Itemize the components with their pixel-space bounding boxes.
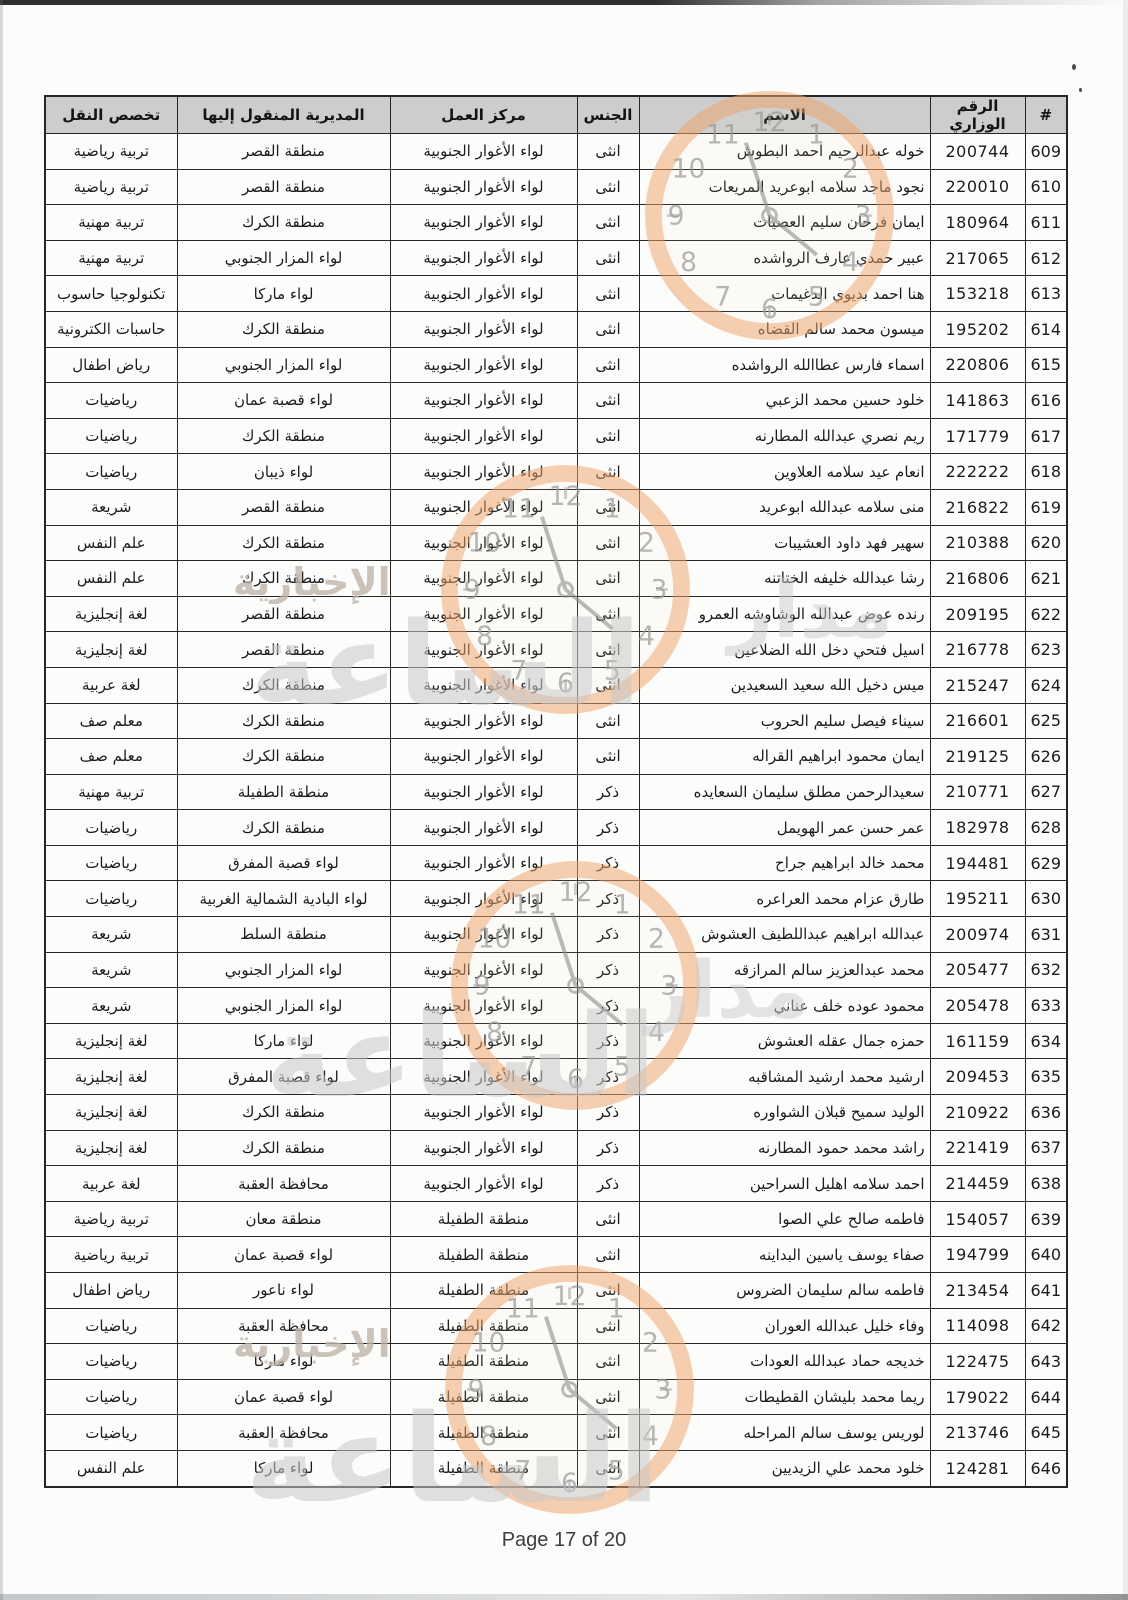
cell-work-center: لواء الأغوار الجنوبية xyxy=(390,1095,577,1131)
cell-ministry-number: 182978 xyxy=(930,810,1025,846)
table-row: 614 195202 ميسون محمد سالم القضاه انثى ل… xyxy=(45,311,1067,347)
cell-specialty: لغة إنجليزية xyxy=(45,596,177,632)
cell-work-center: لواء الأغوار الجنوبية xyxy=(390,489,577,525)
cell-gender: انثى xyxy=(577,1379,639,1415)
cell-index: 611 xyxy=(1025,205,1067,241)
cell-specialty: شريعة xyxy=(45,988,177,1024)
table-row: 624 215247 ميس دخيل الله سعيد السعيدين ا… xyxy=(45,667,1067,703)
cell-work-center: لواء الأغوار الجنوبية xyxy=(390,1023,577,1059)
cell-gender: انثى xyxy=(577,205,639,241)
cell-directorate: لواء المزار الجنوبي xyxy=(177,240,390,276)
cell-work-center: منطقة الطفيلة xyxy=(390,1450,577,1486)
cell-gender: انثى xyxy=(577,1450,639,1486)
table-row: 629 194481 محمد خالد ابراهيم جراح ذكر لو… xyxy=(45,845,1067,881)
cell-ministry-number: 216601 xyxy=(930,703,1025,739)
cell-index: 627 xyxy=(1025,774,1067,810)
cell-work-center: لواء الأغوار الجنوبية xyxy=(390,810,577,846)
cell-ministry-number: 194799 xyxy=(930,1237,1025,1273)
cell-directorate: لواء قصبة عمان xyxy=(177,1379,390,1415)
cell-gender: انثى xyxy=(577,1273,639,1309)
cell-directorate: منطقة السلط xyxy=(177,917,390,953)
col-header-gender: الجنس xyxy=(577,96,639,134)
table-row: 642 114098 وفاء خليل عبدالله العوران انث… xyxy=(45,1308,1067,1344)
col-header-name: الاسم xyxy=(639,96,930,134)
cell-index: 639 xyxy=(1025,1201,1067,1237)
cell-directorate: منطقة القصر xyxy=(177,632,390,668)
cell-directorate: لواء ماركا xyxy=(177,276,390,312)
col-header-work-center: مركز العمل xyxy=(390,96,577,134)
cell-index: 619 xyxy=(1025,489,1067,525)
table-row: 645 213746 لوريس يوسف سالم المراحله انثى… xyxy=(45,1415,1067,1451)
table-row: 633 205478 محمود عوده خلف عناني ذكر لواء… xyxy=(45,988,1067,1024)
cell-index: 637 xyxy=(1025,1130,1067,1166)
cell-directorate: منطقة الكرك xyxy=(177,703,390,739)
cell-specialty: رياضيات xyxy=(45,383,177,419)
cell-specialty: لغة إنجليزية xyxy=(45,632,177,668)
cell-gender: انثى xyxy=(577,311,639,347)
cell-ministry-number: 194481 xyxy=(930,845,1025,881)
cell-index: 635 xyxy=(1025,1059,1067,1095)
cell-work-center: لواء الأغوار الجنوبية xyxy=(390,205,577,241)
cell-directorate: منطقة معان xyxy=(177,1201,390,1237)
cell-gender: انثى xyxy=(577,525,639,561)
cell-gender: انثى xyxy=(577,454,639,490)
cell-index: 646 xyxy=(1025,1450,1067,1486)
cell-name: اسماء فارس عطاالله الرواشده xyxy=(639,347,930,383)
cell-ministry-number: 215247 xyxy=(930,667,1025,703)
table-row: 622 209195 رنده عوض عبدالله الوشاوشه الع… xyxy=(45,596,1067,632)
cell-index: 614 xyxy=(1025,311,1067,347)
cell-work-center: منطقة الطفيلة xyxy=(390,1237,577,1273)
cell-gender: انثى xyxy=(577,739,639,775)
cell-index: 609 xyxy=(1025,134,1067,170)
cell-specialty: علم النفس xyxy=(45,525,177,561)
cell-directorate: لواء ماركا xyxy=(177,1450,390,1486)
cell-directorate: منطقة الكرك xyxy=(177,1095,390,1131)
table-row: 626 219125 ايمان محمود ابراهيم القراله ا… xyxy=(45,739,1067,775)
cell-work-center: لواء الأغوار الجنوبية xyxy=(390,311,577,347)
cell-gender: انثى xyxy=(577,632,639,668)
cell-specialty: رياضيات xyxy=(45,1344,177,1380)
scan-edge-artifact-left xyxy=(0,0,3,1600)
cell-name: سيناء فيصل سليم الحروب xyxy=(639,703,930,739)
scan-edge-artifact-right xyxy=(1123,0,1128,1600)
cell-name: ايمان محمود ابراهيم القراله xyxy=(639,739,930,775)
cell-gender: انثى xyxy=(577,347,639,383)
cell-ministry-number: 161159 xyxy=(930,1023,1025,1059)
cell-work-center: منطقة الطفيلة xyxy=(390,1201,577,1237)
cell-ministry-number: 122475 xyxy=(930,1344,1025,1380)
table-row: 612 217065 عبير حمدي عارف الرواشده انثى … xyxy=(45,240,1067,276)
cell-index: 620 xyxy=(1025,525,1067,561)
cell-gender: انثى xyxy=(577,489,639,525)
page-number-footer: Page 17 of 20 xyxy=(0,1529,1128,1552)
cell-directorate: محافظة العقبة xyxy=(177,1166,390,1202)
cell-work-center: لواء الأغوار الجنوبية xyxy=(390,881,577,917)
cell-name: ميس دخيل الله سعيد السعيدين xyxy=(639,667,930,703)
cell-name: خديجه حماد عبدالله العودات xyxy=(639,1344,930,1380)
cell-gender: انثى xyxy=(577,169,639,205)
cell-index: 633 xyxy=(1025,988,1067,1024)
table-row: 615 220806 اسماء فارس عطاالله الرواشده ا… xyxy=(45,347,1067,383)
cell-directorate: لواء المزار الجنوبي xyxy=(177,347,390,383)
table-header-row: # الرقم الوزاري الاسم الجنس مركز العمل ا… xyxy=(45,96,1067,134)
cell-index: 623 xyxy=(1025,632,1067,668)
cell-directorate: منطقة الكرك xyxy=(177,311,390,347)
cell-name: فاطمه صالح علي الصوا xyxy=(639,1201,930,1237)
cell-specialty: لغة إنجليزية xyxy=(45,1023,177,1059)
cell-ministry-number: 171779 xyxy=(930,418,1025,454)
table-row: 621 216806 رشا عبدالله خليفه الختاتنه ان… xyxy=(45,561,1067,597)
cell-ministry-number: 216806 xyxy=(930,561,1025,597)
cell-specialty: رياضيات xyxy=(45,1379,177,1415)
cell-work-center: لواء الأغوار الجنوبية xyxy=(390,134,577,170)
cell-specialty: تربية مهنية xyxy=(45,774,177,810)
cell-directorate: منطقة الكرك xyxy=(177,205,390,241)
cell-index: 634 xyxy=(1025,1023,1067,1059)
cell-gender: ذكر xyxy=(577,1130,639,1166)
cell-work-center: لواء الأغوار الجنوبية xyxy=(390,276,577,312)
cell-name: ريما محمد بليشان القطيطات xyxy=(639,1379,930,1415)
cell-ministry-number: 210771 xyxy=(930,774,1025,810)
cell-gender: ذكر xyxy=(577,1095,639,1131)
cell-name: راشد محمد حمود المطارنه xyxy=(639,1130,930,1166)
cell-gender: ذكر xyxy=(577,1023,639,1059)
table-row: 639 154057 فاطمه صالح علي الصوا انثى منط… xyxy=(45,1201,1067,1237)
cell-name: عبدالله ابراهيم عبداللطيف العشوش xyxy=(639,917,930,953)
cell-gender: انثى xyxy=(577,561,639,597)
cell-ministry-number: 124281 xyxy=(930,1450,1025,1486)
table-row: 631 200974 عبدالله ابراهيم عبداللطيف الع… xyxy=(45,917,1067,953)
cell-work-center: لواء الأغوار الجنوبية xyxy=(390,418,577,454)
cell-gender: انثى xyxy=(577,1415,639,1451)
cell-specialty: معلم صف xyxy=(45,703,177,739)
cell-name: عبير حمدي عارف الرواشده xyxy=(639,240,930,276)
cell-work-center: لواء الأغوار الجنوبية xyxy=(390,739,577,775)
cell-directorate: منطقة القصر xyxy=(177,169,390,205)
cell-work-center: لواء الأغوار الجنوبية xyxy=(390,703,577,739)
cell-directorate: منطقة الكرك xyxy=(177,810,390,846)
table-row: 634 161159 حمزه جمال عقله العشوش ذكر لوا… xyxy=(45,1023,1067,1059)
cell-name: محمد خالد ابراهيم جراح xyxy=(639,845,930,881)
cell-gender: ذكر xyxy=(577,988,639,1024)
cell-ministry-number: 180964 xyxy=(930,205,1025,241)
cell-gender: ذكر xyxy=(577,1166,639,1202)
table-row: 616 141863 خلود حسين محمد الزعبي انثى لو… xyxy=(45,383,1067,419)
cell-work-center: لواء الأغوار الجنوبية xyxy=(390,988,577,1024)
table-row: 613 153218 هنا احمد بديوي الدغيمات انثى … xyxy=(45,276,1067,312)
cell-specialty: تربية رياضية xyxy=(45,1201,177,1237)
cell-specialty: رياضيات xyxy=(45,810,177,846)
cell-index: 617 xyxy=(1025,418,1067,454)
cell-work-center: لواء الأغوار الجنوبية xyxy=(390,169,577,205)
cell-index: 624 xyxy=(1025,667,1067,703)
cell-index: 622 xyxy=(1025,596,1067,632)
cell-work-center: لواء الأغوار الجنوبية xyxy=(390,347,577,383)
cell-name: محمود عوده خلف عناني xyxy=(639,988,930,1024)
cell-index: 612 xyxy=(1025,240,1067,276)
cell-ministry-number: 220010 xyxy=(930,169,1025,205)
cell-specialty: شريعة xyxy=(45,489,177,525)
cell-work-center: لواء الأغوار الجنوبية xyxy=(390,383,577,419)
cell-name: ريم نصري عبدالله المطارنه xyxy=(639,418,930,454)
cell-gender: ذكر xyxy=(577,774,639,810)
cell-specialty: رياضيات xyxy=(45,418,177,454)
cell-ministry-number: 200744 xyxy=(930,134,1025,170)
cell-specialty: رياض اطفال xyxy=(45,1273,177,1309)
cell-ministry-number: 205477 xyxy=(930,952,1025,988)
cell-index: 631 xyxy=(1025,917,1067,953)
cell-directorate: لواء ناعور xyxy=(177,1273,390,1309)
cell-ministry-number: 216778 xyxy=(930,632,1025,668)
cell-name: الوليد سميح قبلان الشواوره xyxy=(639,1095,930,1131)
cell-name: انعام عيد سلامه العلاوين xyxy=(639,454,930,490)
cell-ministry-number: 210388 xyxy=(930,525,1025,561)
cell-specialty: لغة عربية xyxy=(45,1166,177,1202)
table-row: 640 194799 صفاء يوسف ياسين البداينه انثى… xyxy=(45,1237,1067,1273)
cell-directorate: منطقة الكرك xyxy=(177,525,390,561)
cell-specialty: علم النفس xyxy=(45,561,177,597)
cell-directorate: محافظة العقبة xyxy=(177,1415,390,1451)
cell-directorate: منطقة الكرك xyxy=(177,739,390,775)
cell-name: محمد عبدالعزيز سالم المرازقه xyxy=(639,952,930,988)
cell-gender: انثى xyxy=(577,383,639,419)
cell-specialty: رياضيات xyxy=(45,881,177,917)
cell-gender: ذكر xyxy=(577,845,639,881)
cell-gender: ذكر xyxy=(577,1059,639,1095)
cell-work-center: لواء الأغوار الجنوبية xyxy=(390,952,577,988)
cell-name: احمد سلامه اهليل السراحين xyxy=(639,1166,930,1202)
cell-index: 643 xyxy=(1025,1344,1067,1380)
cell-ministry-number: 221419 xyxy=(930,1130,1025,1166)
cell-ministry-number: 141863 xyxy=(930,383,1025,419)
cell-ministry-number: 214459 xyxy=(930,1166,1025,1202)
table-row: 646 124281 خلود محمد علي الزيديين انثى م… xyxy=(45,1450,1067,1486)
cell-index: 616 xyxy=(1025,383,1067,419)
cell-gender: انثى xyxy=(577,1344,639,1380)
cell-ministry-number: 195211 xyxy=(930,881,1025,917)
cell-ministry-number: 222222 xyxy=(930,454,1025,490)
cell-name: خوله عبدالرحيم احمد البطوش xyxy=(639,134,930,170)
cell-name: لوريس يوسف سالم المراحله xyxy=(639,1415,930,1451)
cell-specialty: رياض اطفال xyxy=(45,347,177,383)
cell-index: 644 xyxy=(1025,1379,1067,1415)
cell-work-center: لواء الأغوار الجنوبية xyxy=(390,454,577,490)
table-row: 644 179022 ريما محمد بليشان القطيطات انث… xyxy=(45,1379,1067,1415)
cell-gender: انثى xyxy=(577,1308,639,1344)
scan-speck xyxy=(1079,88,1082,92)
cell-gender: انثى xyxy=(577,596,639,632)
cell-index: 615 xyxy=(1025,347,1067,383)
cell-gender: ذكر xyxy=(577,917,639,953)
cell-index: 640 xyxy=(1025,1237,1067,1273)
cell-index: 632 xyxy=(1025,952,1067,988)
cell-specialty: لغة إنجليزية xyxy=(45,1095,177,1131)
cell-specialty: تربية رياضية xyxy=(45,169,177,205)
cell-directorate: لواء قصبة المفرق xyxy=(177,845,390,881)
cell-index: 645 xyxy=(1025,1415,1067,1451)
cell-specialty: رياضيات xyxy=(45,845,177,881)
cell-index: 618 xyxy=(1025,454,1067,490)
cell-ministry-number: 213454 xyxy=(930,1273,1025,1309)
scan-speck xyxy=(1072,64,1076,70)
cell-work-center: منطقة الطفيلة xyxy=(390,1379,577,1415)
cell-work-center: لواء الأغوار الجنوبية xyxy=(390,525,577,561)
cell-index: 641 xyxy=(1025,1273,1067,1309)
table-row: 632 205477 محمد عبدالعزيز سالم المرازقه … xyxy=(45,952,1067,988)
table-row: 618 222222 انعام عيد سلامه العلاوين انثى… xyxy=(45,454,1067,490)
cell-work-center: لواء الأغوار الجنوبية xyxy=(390,596,577,632)
cell-work-center: منطقة الطفيلة xyxy=(390,1415,577,1451)
cell-gender: انثى xyxy=(577,703,639,739)
cell-directorate: محافظة العقبة xyxy=(177,1308,390,1344)
cell-ministry-number: 219125 xyxy=(930,739,1025,775)
cell-ministry-number: 114098 xyxy=(930,1308,1025,1344)
cell-gender: ذكر xyxy=(577,810,639,846)
cell-index: 630 xyxy=(1025,881,1067,917)
cell-specialty: تربية رياضية xyxy=(45,134,177,170)
cell-name: حمزه جمال عقله العشوش xyxy=(639,1023,930,1059)
cell-specialty: رياضيات xyxy=(45,1415,177,1451)
cell-name: اسيل فتحي دخل الله الضلاعين xyxy=(639,632,930,668)
table-row: 623 216778 اسيل فتحي دخل الله الضلاعين ا… xyxy=(45,632,1067,668)
cell-directorate: لواء ذيبان xyxy=(177,454,390,490)
cell-specialty: حاسبات الكترونية xyxy=(45,311,177,347)
cell-name: صفاء يوسف ياسين البداينه xyxy=(639,1237,930,1273)
scanned-document-page: # الرقم الوزاري الاسم الجنس مركز العمل ا… xyxy=(0,0,1128,1600)
scan-edge-artifact-top xyxy=(0,0,1128,5)
cell-directorate: لواء قصبة عمان xyxy=(177,383,390,419)
cell-directorate: منطقة الكرك xyxy=(177,561,390,597)
cell-name: نجود ماجد سلامه ابوعريد المريعات xyxy=(639,169,930,205)
cell-work-center: لواء الأغوار الجنوبية xyxy=(390,1059,577,1095)
table-row: 610 220010 نجود ماجد سلامه ابوعريد المري… xyxy=(45,169,1067,205)
cell-name: رنده عوض عبدالله الوشاوشه العمرو xyxy=(639,596,930,632)
cell-name: طارق عزام محمد العراعره xyxy=(639,881,930,917)
table-row: 625 216601 سيناء فيصل سليم الحروب انثى ل… xyxy=(45,703,1067,739)
table-row: 619 216822 منى سلامه عبدالله ابوعريد انث… xyxy=(45,489,1067,525)
cell-work-center: لواء الأغوار الجنوبية xyxy=(390,667,577,703)
cell-name: وفاء خليل عبدالله العوران xyxy=(639,1308,930,1344)
cell-ministry-number: 216822 xyxy=(930,489,1025,525)
cell-ministry-number: 213746 xyxy=(930,1415,1025,1451)
cell-specialty: معلم صف xyxy=(45,739,177,775)
cell-specialty: تربية مهنية xyxy=(45,205,177,241)
table-row: 627 210771 سعيدالرحمن مطلق سليمان السعاي… xyxy=(45,774,1067,810)
cell-gender: انثى xyxy=(577,276,639,312)
cell-directorate: منطقة الطفيلة xyxy=(177,774,390,810)
cell-directorate: منطقة الكرك xyxy=(177,1130,390,1166)
table-row: 620 210388 سهير فهد داود العشيبات انثى ل… xyxy=(45,525,1067,561)
cell-name: فاطمه سالم سليمان الضروس xyxy=(639,1273,930,1309)
table-row: 609 200744 خوله عبدالرحيم احمد البطوش ان… xyxy=(45,134,1067,170)
table-row: 628 182978 عمر حسن عمر الهويمل ذكر لواء … xyxy=(45,810,1067,846)
cell-specialty: تربية مهنية xyxy=(45,240,177,276)
cell-specialty: علم النفس xyxy=(45,1450,177,1486)
cell-ministry-number: 200974 xyxy=(930,917,1025,953)
cell-specialty: شريعة xyxy=(45,952,177,988)
cell-gender: انثى xyxy=(577,667,639,703)
cell-ministry-number: 209195 xyxy=(930,596,1025,632)
cell-name: ميسون محمد سالم القضاه xyxy=(639,311,930,347)
cell-ministry-number: 217065 xyxy=(930,240,1025,276)
cell-work-center: لواء الأغوار الجنوبية xyxy=(390,632,577,668)
cell-ministry-number: 195202 xyxy=(930,311,1025,347)
cell-directorate: لواء قصبة عمان xyxy=(177,1237,390,1273)
cell-gender: انثى xyxy=(577,240,639,276)
cell-directorate: لواء البادية الشمالية الغربية xyxy=(177,881,390,917)
col-header-ministry-number: الرقم الوزاري xyxy=(930,96,1025,134)
cell-directorate: منطقة الكرك xyxy=(177,418,390,454)
table-row: 611 180964 ايمان فرحان سليم العصيات انثى… xyxy=(45,205,1067,241)
table-row: 636 210922 الوليد سميح قبلان الشواوره ذك… xyxy=(45,1095,1067,1131)
cell-gender: انثى xyxy=(577,1237,639,1273)
cell-directorate: منطقة القصر xyxy=(177,596,390,632)
cell-name: خلود محمد علي الزيديين xyxy=(639,1450,930,1486)
cell-name: سعيدالرحمن مطلق سليمان السعايده xyxy=(639,774,930,810)
table-row: 635 209453 ارشيد محمد ارشيد المشاقبه ذكر… xyxy=(45,1059,1067,1095)
cell-name: سهير فهد داود العشيبات xyxy=(639,525,930,561)
cell-index: 621 xyxy=(1025,561,1067,597)
cell-gender: ذكر xyxy=(577,881,639,917)
cell-index: 628 xyxy=(1025,810,1067,846)
table-row: 638 214459 احمد سلامه اهليل السراحين ذكر… xyxy=(45,1166,1067,1202)
cell-index: 626 xyxy=(1025,739,1067,775)
table-row: 637 221419 راشد محمد حمود المطارنه ذكر ل… xyxy=(45,1130,1067,1166)
cell-ministry-number: 153218 xyxy=(930,276,1025,312)
table-row: 641 213454 فاطمه سالم سليمان الضروس انثى… xyxy=(45,1273,1067,1309)
cell-directorate: لواء قصبة المفرق xyxy=(177,1059,390,1095)
cell-index: 642 xyxy=(1025,1308,1067,1344)
col-header-directorate: المديرية المنقول إليها xyxy=(177,96,390,134)
col-header-index: # xyxy=(1025,96,1067,134)
cell-work-center: لواء الأغوار الجنوبية xyxy=(390,240,577,276)
cell-work-center: لواء الأغوار الجنوبية xyxy=(390,774,577,810)
cell-work-center: منطقة الطفيلة xyxy=(390,1308,577,1344)
cell-work-center: لواء الأغوار الجنوبية xyxy=(390,561,577,597)
cell-specialty: لغة عربية xyxy=(45,667,177,703)
cell-work-center: منطقة الطفيلة xyxy=(390,1344,577,1380)
cell-specialty: رياضيات xyxy=(45,1308,177,1344)
cell-directorate: لواء المزار الجنوبي xyxy=(177,988,390,1024)
cell-index: 636 xyxy=(1025,1095,1067,1131)
cell-specialty: رياضيات xyxy=(45,454,177,490)
cell-name: رشا عبدالله خليفه الختاتنه xyxy=(639,561,930,597)
cell-ministry-number: 210922 xyxy=(930,1095,1025,1131)
cell-directorate: منطقة الكرك xyxy=(177,667,390,703)
cell-index: 625 xyxy=(1025,703,1067,739)
cell-specialty: شريعة xyxy=(45,917,177,953)
table-body: 609 200744 خوله عبدالرحيم احمد البطوش ان… xyxy=(45,134,1067,1487)
cell-index: 613 xyxy=(1025,276,1067,312)
cell-ministry-number: 220806 xyxy=(930,347,1025,383)
cell-specialty: تكنولوجيا حاسوب xyxy=(45,276,177,312)
cell-directorate: لواء المزار الجنوبي xyxy=(177,952,390,988)
cell-name: منى سلامه عبدالله ابوعريد xyxy=(639,489,930,525)
cell-name: ارشيد محمد ارشيد المشاقبه xyxy=(639,1059,930,1095)
cell-index: 629 xyxy=(1025,845,1067,881)
cell-directorate: لواء ماركا xyxy=(177,1023,390,1059)
cell-ministry-number: 209453 xyxy=(930,1059,1025,1095)
cell-index: 638 xyxy=(1025,1166,1067,1202)
col-header-specialty: تخصص النقل xyxy=(45,96,177,134)
cell-name: عمر حسن عمر الهويمل xyxy=(639,810,930,846)
cell-specialty: لغة إنجليزية xyxy=(45,1059,177,1095)
cell-gender: ذكر xyxy=(577,952,639,988)
cell-work-center: لواء الأغوار الجنوبية xyxy=(390,1166,577,1202)
cell-index: 610 xyxy=(1025,169,1067,205)
cell-ministry-number: 179022 xyxy=(930,1379,1025,1415)
